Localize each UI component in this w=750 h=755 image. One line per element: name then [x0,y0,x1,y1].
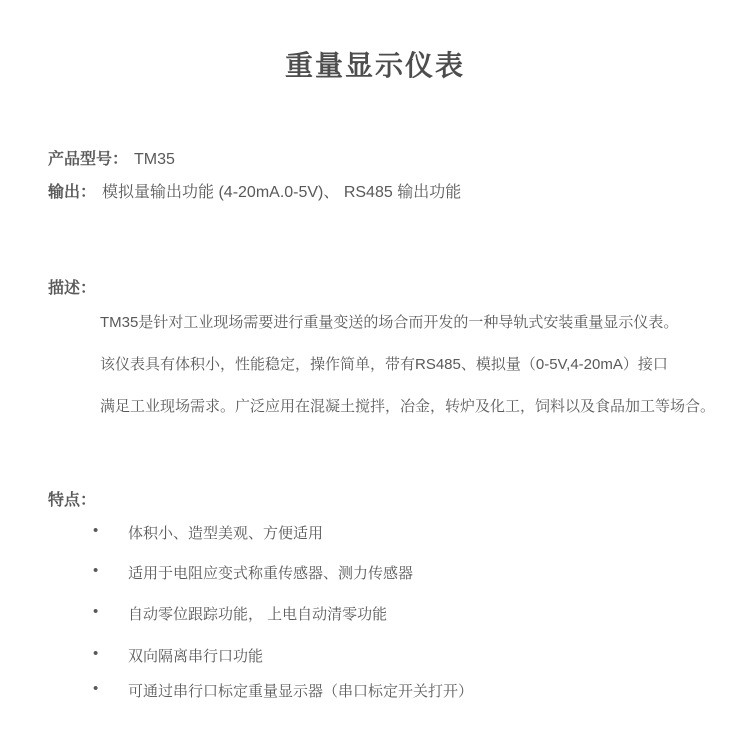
product-output-line: 输出：模拟量输出功能 (4-20mA.0-5V)、 RS485 输出功能 [48,179,461,202]
feature-text: 适用于电阻应变式称重传感器、测力传感器 [128,562,413,583]
bullet-icon: • [93,680,103,697]
feature-text: 可通过串行口标定重量显示器（串口标定开关打开） [128,680,473,701]
bullet-icon: • [93,645,103,662]
feature-item: •双向隔离串行口功能 [93,645,263,666]
description-heading: 描述： [48,275,96,298]
features-heading: 特点： [48,487,96,510]
description-line: 满足工业现场需求。广泛应用在混凝土搅拌，冶金，转炉及化工，饲料以及食品加工等场合… [100,395,715,416]
description-line: TM35是针对工业现场需要进行重量变送的场合而开发的一种导轨式安装重量显示仪表。 [100,311,678,332]
page-title: 重量显示仪表 [0,44,750,84]
bullet-icon: • [93,522,103,539]
product-output-value: 模拟量输出功能 (4-20mA.0-5V)、 RS485 输出功能 [102,184,461,201]
product-model-line: 产品型号：TM35 [48,146,175,169]
feature-text: 体积小、造型美观、方便适用 [128,522,323,543]
feature-item: •可通过串行口标定重量显示器（串口标定开关打开） [93,680,473,701]
product-output-label: 输出： [48,184,96,201]
feature-item: •适用于电阻应变式称重传感器、测力传感器 [93,562,413,583]
bullet-icon: • [93,603,103,620]
feature-item: •体积小、造型美观、方便适用 [93,522,323,543]
feature-text: 双向隔离串行口功能 [128,645,263,666]
bullet-icon: • [93,562,103,579]
feature-item: •自动零位跟踪功能， 上电自动清零功能 [93,603,387,624]
feature-text: 自动零位跟踪功能， 上电自动清零功能 [128,603,387,624]
description-line: 该仪表具有体积小，性能稳定，操作简单，带有RS485、模拟量（0-5V,4-20… [100,353,668,374]
product-model-value: TM35 [134,151,175,168]
product-model-label: 产品型号： [48,151,128,168]
product-document-page: 重量显示仪表 产品型号：TM35 输出：模拟量输出功能 (4-20mA.0-5V… [0,0,750,755]
